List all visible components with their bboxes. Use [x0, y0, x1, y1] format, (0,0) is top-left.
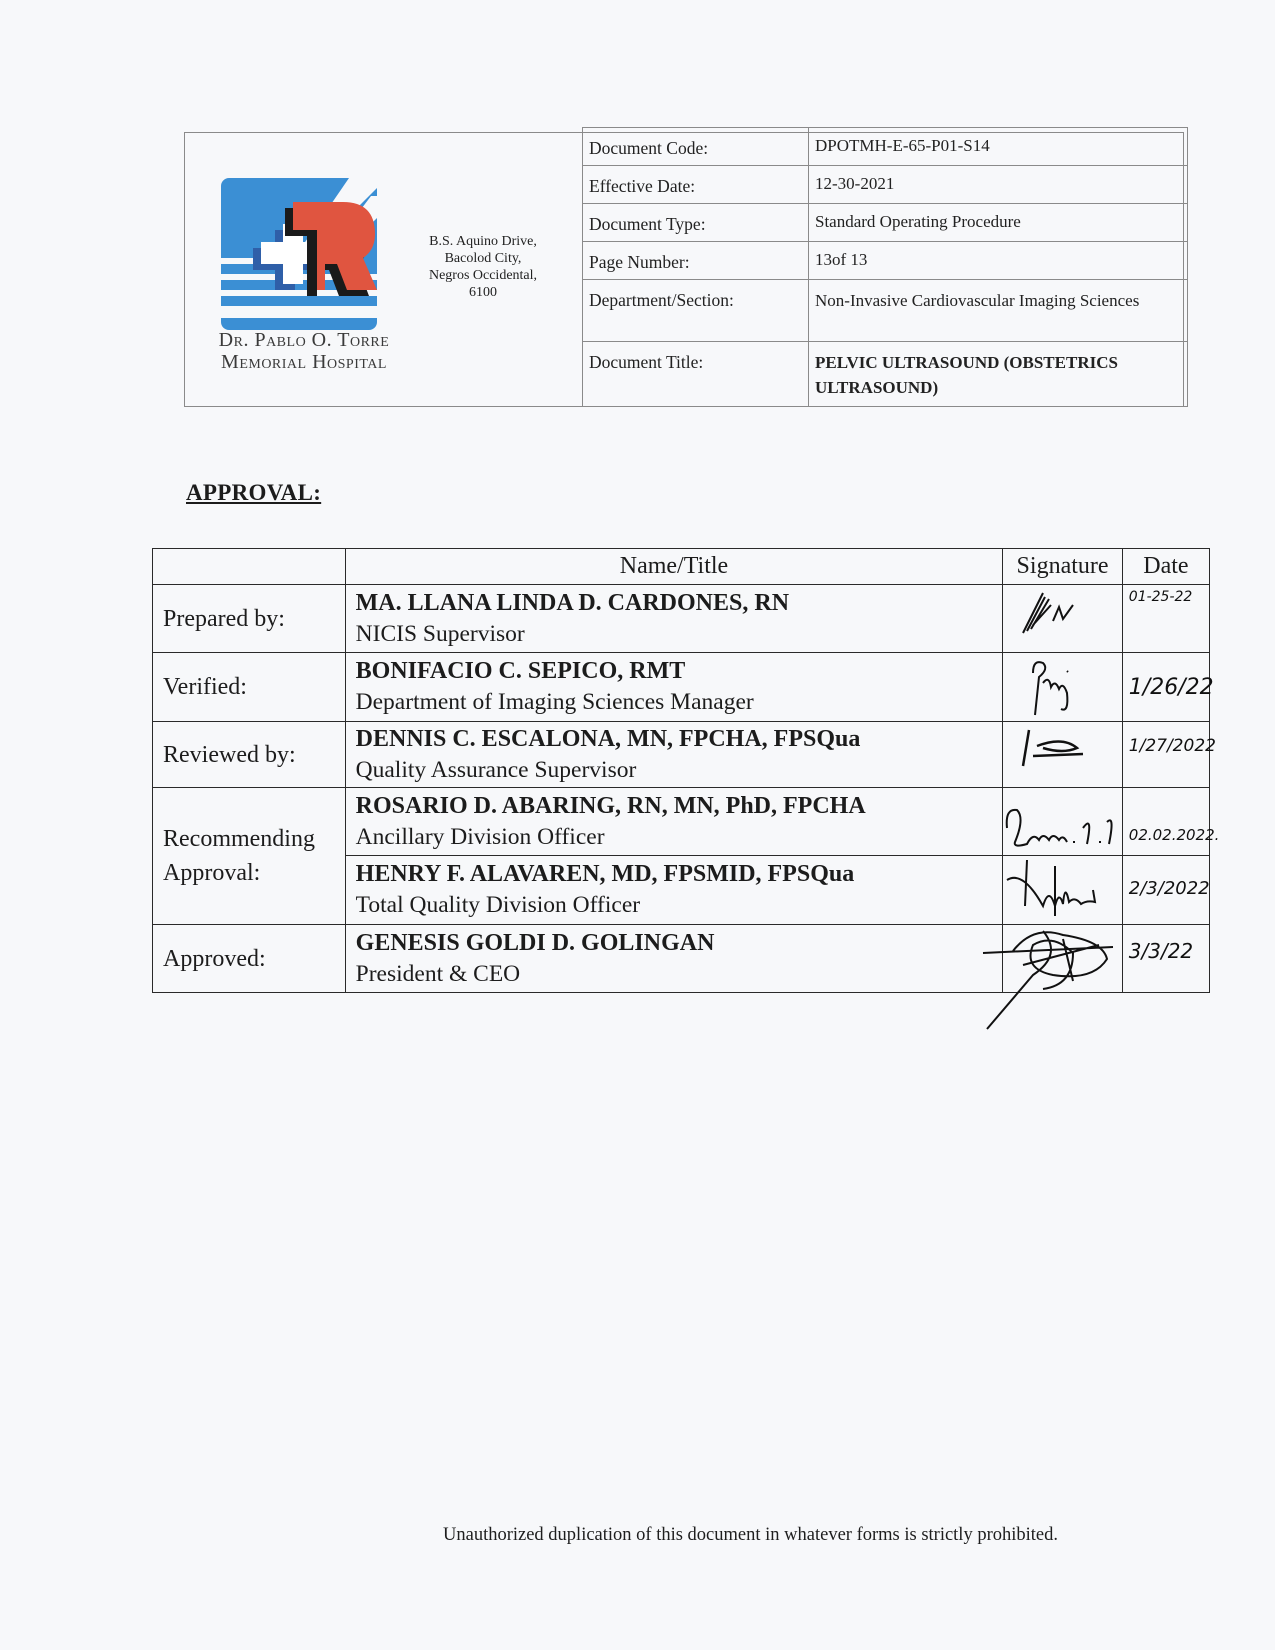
- signature-cell: [1003, 856, 1122, 925]
- hospital-name-line2: Memorial Hospital: [191, 351, 417, 373]
- approver-title: President & CEO: [356, 958, 993, 990]
- approver-name: MA. LLANA LINDA D. CARDONES, RN: [356, 588, 993, 618]
- page-number-value: 13of 13: [809, 242, 1188, 280]
- name-title-cell: DENNIS C. ESCALONA, MN, FPCHA, FPSQua Qu…: [345, 722, 1003, 788]
- role-label: Recommending Approval:: [153, 788, 346, 925]
- date-cell: 1/27/2022: [1122, 722, 1209, 788]
- signature-cell: [1003, 722, 1122, 788]
- info-label: Document Type:: [583, 204, 809, 242]
- hospital-name-line1: Dr. Pablo O. Torre: [191, 329, 417, 351]
- approval-table: Name/Title Signature Date Prepared by: M…: [152, 548, 1210, 993]
- date-cell: 1/26/22: [1122, 653, 1209, 722]
- date-cell: 2/3/2022: [1122, 856, 1209, 925]
- signature-cell: [1003, 788, 1122, 856]
- approval-row-reviewed: Reviewed by: DENNIS C. ESCALONA, MN, FPC…: [153, 722, 1210, 788]
- name-title-cell: ROSARIO D. ABARING, RN, MN, PhD, FPCHA A…: [345, 788, 1003, 856]
- hospital-logo-cross-r-icon: [221, 178, 377, 330]
- approver-name: DENNIS C. ESCALONA, MN, FPCHA, FPSQua: [356, 724, 993, 754]
- column-header-name-title: Name/Title: [345, 549, 1003, 585]
- hospital-branding: Dr. Pablo O. Torre Memorial Hospital B.S…: [185, 133, 583, 406]
- approval-date: 01-25-22: [1123, 589, 1193, 605]
- document-header: Dr. Pablo O. Torre Memorial Hospital B.S…: [184, 132, 1184, 407]
- signature-icon: [1003, 585, 1133, 653]
- approval-date: 2/3/2022: [1123, 878, 1210, 899]
- effective-date-value: 12-30-2021: [809, 166, 1188, 204]
- info-row-page-number: Page Number: 13of 13: [583, 242, 1188, 280]
- address-line: Bacolod City,: [413, 250, 553, 267]
- address-line: 6100: [413, 284, 553, 301]
- column-header-signature: Signature: [1003, 549, 1122, 585]
- department-value: Non-Invasive Cardiovascular Imaging Scie…: [809, 280, 1188, 342]
- signature-cell: [1003, 653, 1122, 722]
- document-info-table: Document Code: DPOTMH-E-65-P01-S14 Effec…: [582, 127, 1188, 407]
- date-cell: 02.02.2022.: [1122, 788, 1209, 856]
- column-header-role: [153, 549, 346, 585]
- info-row-effective-date: Effective Date: 12-30-2021: [583, 166, 1188, 204]
- signature-cell: [1003, 585, 1122, 653]
- column-header-date: Date: [1122, 549, 1209, 585]
- role-label: Reviewed by:: [153, 722, 346, 788]
- info-label: Document Code:: [583, 128, 809, 166]
- approver-title: Ancillary Division Officer: [356, 821, 993, 853]
- info-row-document-type: Document Type: Standard Operating Proced…: [583, 204, 1188, 242]
- approval-date: 02.02.2022.: [1123, 826, 1220, 844]
- document-code-value: DPOTMH-E-65-P01-S14: [809, 128, 1188, 166]
- document-title-value: PELVIC ULTRASOUND (OBSTETRICS ULTRASOUND…: [809, 342, 1188, 407]
- signature-icon: [1003, 788, 1133, 856]
- role-label: Prepared by:: [153, 585, 346, 653]
- info-label: Effective Date:: [583, 166, 809, 204]
- approval-row-approved: Approved: GENESIS GOLDI D. GOLINGAN Pres…: [153, 925, 1210, 993]
- name-title-cell: BONIFACIO C. SEPICO, RMT Department of I…: [345, 653, 1003, 722]
- info-label: Page Number:: [583, 242, 809, 280]
- info-row-document-code: Document Code: DPOTMH-E-65-P01-S14: [583, 128, 1188, 166]
- approver-name: GENESIS GOLDI D. GOLINGAN: [356, 928, 993, 958]
- signature-cell: [1003, 925, 1122, 993]
- approver-name: BONIFACIO C. SEPICO, RMT: [356, 656, 993, 686]
- approval-heading: APPROVAL:: [186, 480, 321, 506]
- approval-row-recommending-1: Recommending Approval: ROSARIO D. ABARIN…: [153, 788, 1210, 856]
- name-title-cell: MA. LLANA LINDA D. CARDONES, RN NICIS Su…: [345, 585, 1003, 653]
- date-cell: 01-25-22: [1122, 585, 1209, 653]
- approval-date: 1/27/2022: [1123, 736, 1216, 756]
- address-line: Negros Occidental,: [413, 267, 553, 284]
- name-title-cell: GENESIS GOLDI D. GOLINGAN President & CE…: [345, 925, 1003, 993]
- approval-row-verified: Verified: BONIFACIO C. SEPICO, RMT Depar…: [153, 653, 1210, 722]
- approval-date: 1/26/22: [1123, 675, 1214, 700]
- info-row-document-title: Document Title: PELVIC ULTRASOUND (OBSTE…: [583, 342, 1188, 407]
- signature-icon: [1003, 653, 1133, 722]
- role-label: Verified:: [153, 653, 346, 722]
- signature-icon: [1003, 856, 1133, 925]
- approval-date: 3/3/22: [1123, 939, 1193, 963]
- approver-title: Department of Imaging Sciences Manager: [356, 686, 993, 718]
- duplication-notice: Unauthorized duplication of this documen…: [443, 1525, 1058, 1546]
- approver-title: Quality Assurance Supervisor: [356, 754, 993, 786]
- date-cell: 3/3/22: [1122, 925, 1209, 993]
- approver-title: NICIS Supervisor: [356, 618, 993, 650]
- approver-title: Total Quality Division Officer: [356, 889, 993, 921]
- info-row-department: Department/Section: Non-Invasive Cardiov…: [583, 280, 1188, 342]
- hospital-address: B.S. Aquino Drive, Bacolod City, Negros …: [413, 233, 553, 301]
- signature-icon: [1003, 925, 1133, 993]
- approver-name: HENRY F. ALAVAREN, MD, FPSMID, FPSQua: [356, 859, 993, 889]
- name-title-cell: HENRY F. ALAVAREN, MD, FPSMID, FPSQua To…: [345, 856, 1003, 925]
- role-label: Approved:: [153, 925, 346, 993]
- approval-row-prepared: Prepared by: MA. LLANA LINDA D. CARDONES…: [153, 585, 1210, 653]
- signature-icon: [1003, 722, 1133, 788]
- info-label: Department/Section:: [583, 280, 809, 342]
- info-label: Document Title:: [583, 342, 809, 407]
- approval-table-header: Name/Title Signature Date: [153, 549, 1210, 585]
- approver-name: ROSARIO D. ABARING, RN, MN, PhD, FPCHA: [356, 791, 993, 821]
- address-line: B.S. Aquino Drive,: [413, 233, 553, 250]
- document-type-value: Standard Operating Procedure: [809, 204, 1188, 242]
- hospital-name: Dr. Pablo O. Torre Memorial Hospital: [191, 329, 417, 373]
